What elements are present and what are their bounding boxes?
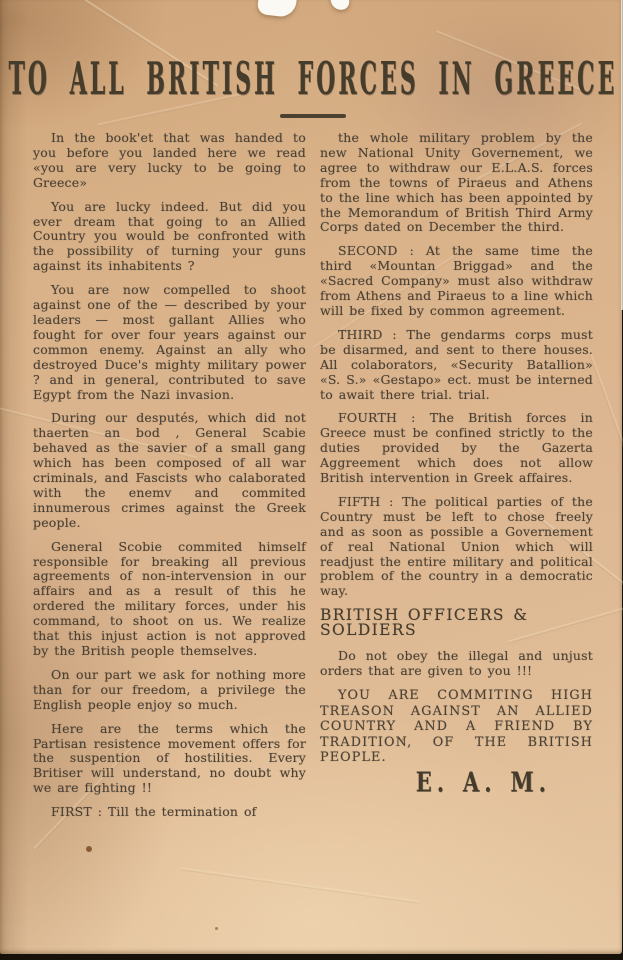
- title-underline: [280, 114, 346, 118]
- left-paragraph-first-term: FIRST : Till the termination of: [33, 805, 306, 820]
- left-paragraph-5: General Scobie commited himself responsi…: [33, 540, 306, 659]
- right-paragraph-continuation: the whole military problem by the new Na…: [320, 131, 593, 235]
- left-paragraph-2: You are lucky indeed. But did you ever d…: [33, 200, 306, 275]
- closing-paragraph-2: YOU ARE COMMITING HIGH TREASON AGAINST A…: [320, 688, 593, 766]
- right-paragraph-fourth-term: FOURTH : The British forces in Greece mu…: [320, 411, 593, 486]
- two-column-body: In the book'et that was handed to you be…: [33, 131, 593, 829]
- leaflet-photo: TO ALL BRITISH FORCES IN GREECE In the b…: [0, 0, 623, 960]
- closing-paragraph-1: Do not obey the illegal and unjust order…: [320, 649, 593, 679]
- page-title: TO ALL BRITISH FORCES IN GREECE: [33, 54, 593, 108]
- left-paragraph-4: During our desputés, which did not thaer…: [33, 411, 306, 530]
- page-title-text: TO ALL BRITISH FORCES IN GREECE: [9, 53, 618, 106]
- right-paragraph-third-term: THIRD : The gendarms corps must be disar…: [320, 328, 593, 403]
- leaflet-content: TO ALL BRITISH FORCES IN GREECE In the b…: [0, 0, 623, 960]
- eam-signature: E. A. M.: [320, 773, 593, 792]
- right-column: the whole military problem by the new Na…: [320, 131, 593, 829]
- right-paragraph-fifth-term: FIFTH : The political parties of the Cou…: [320, 495, 593, 599]
- left-column: In the book'et that was handed to you be…: [33, 131, 306, 829]
- right-paragraph-second-term: SECOND : At the same time the third «Mou…: [320, 244, 593, 319]
- left-paragraph-7: Here are the terms which the Partisan re…: [33, 722, 306, 797]
- left-paragraph-1: In the book'et that was handed to you be…: [33, 131, 306, 191]
- officers-soldiers-heading: BRITISH OFFICERS & SOLDIERS: [320, 608, 593, 638]
- left-paragraph-6: On our part we ask for nothing more than…: [33, 668, 306, 713]
- left-paragraph-3: You are now compelled to shoot against o…: [33, 283, 306, 402]
